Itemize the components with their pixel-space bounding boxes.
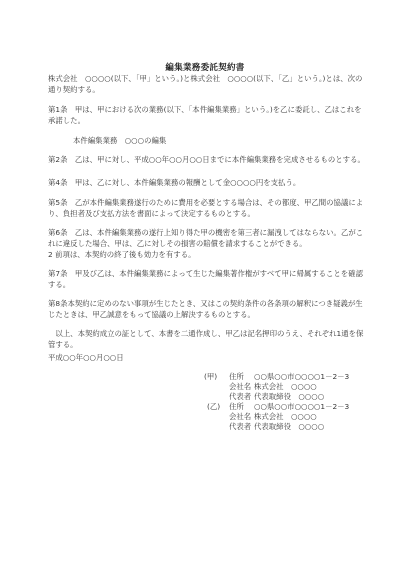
article-6: 第6条 乙は、本件編集業務の遂行上知り得た甲の機密を第三者に漏洩してはならない。… <box>48 227 368 249</box>
article-text: 乙は、甲に対し、平成○○年○○月○○日までに本件編集業務を完成させるものとする。 <box>67 155 364 164</box>
party-a-address-label: 住所 <box>229 372 244 382</box>
article-label: 第6条 <box>48 228 67 237</box>
article-7: 第7条 甲及び乙は、本件編集業務によって生じた編集著作権がすべて甲に帰属すること… <box>48 268 368 290</box>
article-label: 第5条 <box>48 198 67 207</box>
party-b-address-label: 住所 <box>229 402 244 412</box>
party-b-company: 株式会社 ○○○○ <box>254 412 317 422</box>
contract-date: 平成○○年○○月○○日 <box>48 352 368 363</box>
article-text: 乙が本件編集業務遂行のために費用を必要とする場合は、その都度、甲乙間の協議により… <box>48 198 363 218</box>
article-text: 乙は、本件編集業務の遂行上知り得た甲の機密を第三者に漏洩してはならない。乙がこれ… <box>48 228 363 248</box>
party-a-address: ○○県○○市○○○○1－2－3 <box>254 372 349 382</box>
article-text: 本契約に定めのない事項が生じたとき、又はこの契約条件の各条項の解釈につき疑義が生… <box>48 299 363 319</box>
closing-statement: 以上、本契約成立の証として、本書を二通作成し、甲乙は記名押印のうえ、それぞれ1通… <box>48 328 368 350</box>
party-a-rep: 代表取締役 ○○○○ <box>254 392 324 402</box>
article-1-item: 本件編集業務 ○○○の編集 <box>73 135 393 146</box>
article-label: 第8条 <box>48 299 67 308</box>
party-b-rep-label: 代表者 <box>229 422 251 432</box>
party-a-rep-label: 代表者 <box>229 392 251 402</box>
party-b-role: (乙) <box>207 402 220 412</box>
article-2: 第2条 乙は、甲に対し、平成○○年○○月○○日までに本件編集業務を完成させるもの… <box>48 154 368 165</box>
article-6-clause-2: 2 前項は、本契約の終了後も効力を有する。 <box>48 249 368 260</box>
article-text: 甲は、乙に対し、本件編集業務の報酬として金○○○○円を支払う。 <box>67 178 300 187</box>
party-a-company-label: 会社名 <box>229 382 251 392</box>
article-5: 第5条 乙が本件編集業務遂行のために費用を必要とする場合は、その都度、甲乙間の協… <box>48 197 368 219</box>
party-a-role: (甲) <box>204 372 217 382</box>
article-label: 第2条 <box>48 155 67 164</box>
article-8: 第8条本契約に定めのない事項が生じたとき、又はこの契約条件の各条項の解釈につき疑… <box>48 298 368 320</box>
article-4: 第4条 甲は、乙に対し、本件編集業務の報酬として金○○○○円を支払う。 <box>48 177 368 188</box>
article-label: 第1条 <box>48 105 67 114</box>
party-b-rep: 代表取締役 ○○○○ <box>254 422 324 432</box>
party-a-company: 株式会社 ○○○○ <box>254 382 317 392</box>
article-1: 第1条 甲は、甲における次の業務(以下、「本件編集業務」という。)を乙に委託し、… <box>48 104 368 126</box>
article-label: 第4条 <box>48 178 67 187</box>
party-b-address: ○○県○○市○○○○1－2－3 <box>254 402 349 412</box>
document-page: 編集業務委託契約書 株式会社 ○○○○(以下、「甲」という。)と株式会社 ○○○… <box>0 0 410 580</box>
preamble: 株式会社 ○○○○(以下、「甲」という。)と株式会社 ○○○○(以下、「乙」とい… <box>48 73 368 95</box>
party-b-company-label: 会社名 <box>229 412 251 422</box>
article-label: 第7条 <box>48 269 67 278</box>
article-text: 甲は、甲における次の業務(以下、「本件編集業務」という。)を乙に委託し、乙はこれ… <box>48 105 361 125</box>
article-text: 甲及び乙は、本件編集業務によって生じた編集著作権がすべて甲に帰属することを確認す… <box>48 269 363 289</box>
document-title: 編集業務委託契約書 <box>0 61 410 73</box>
